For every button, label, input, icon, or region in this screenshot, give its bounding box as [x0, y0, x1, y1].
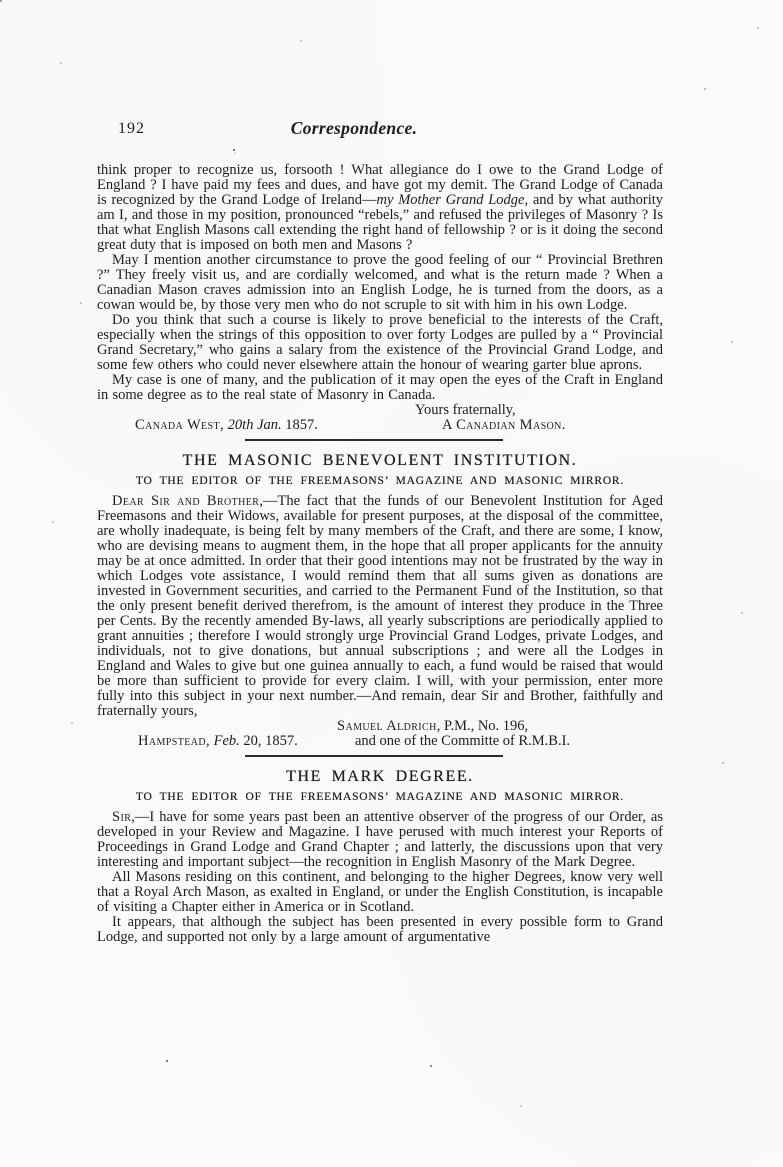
- letter-dateline: Canada West, 20th Jan. 1857.: [135, 418, 318, 433]
- dateline-year: 1857.: [285, 417, 318, 433]
- signature-line2: and one of the Committe of R.M.B.I.: [355, 734, 570, 749]
- salute-name: Sir: [112, 809, 131, 825]
- section-heading: THE MASONIC BENEVOLENT INSTITUTION.: [97, 452, 663, 469]
- letter-signature-row: Canada West, 20th Jan. 1857. A Canadian …: [97, 418, 663, 433]
- letter-signature: A Canadian Mason.: [442, 418, 566, 433]
- paragraph: It appears, that although the subject ha…: [97, 915, 663, 945]
- dateline-date: 20th Jan.: [228, 417, 282, 433]
- paragraph: May I mention another circumstance to pr…: [97, 253, 663, 313]
- section-heading: THE MARK DEGREE.: [97, 768, 663, 785]
- salute-name: Dear Sir and Brother: [112, 493, 259, 509]
- paragraph-text: ,—The fact that the funds of our Benevol…: [97, 493, 663, 719]
- paragraph: Do you think that such a course is likel…: [97, 313, 663, 373]
- letter-canadian-mason: think proper to recognize us, forsooth !…: [97, 163, 663, 433]
- running-title: Correspondence.: [71, 118, 637, 139]
- editor-salutation: TO THE EDITOR OF THE FREEMASONS’ MAGAZIN…: [97, 791, 663, 804]
- dateline-rest: 20, 1857.: [243, 733, 297, 749]
- paragraph-text: ,—I have for some years past been an att…: [97, 809, 663, 870]
- page-content: 192 Correspondence. think proper to reco…: [97, 120, 663, 945]
- paragraph: All Masons residing on this continent, a…: [97, 870, 663, 915]
- dateline-date: Feb.: [214, 733, 240, 749]
- running-head: 192 Correspondence.: [97, 120, 663, 140]
- italic-phrase: my Mother Grand Lodge,: [377, 192, 529, 208]
- letter-dateline: Hampstead, Feb. 20, 1857.: [138, 734, 298, 749]
- letter-signature-row: Samuel Aldrich, P.M., No. 196,: [97, 719, 663, 734]
- section-divider: [245, 755, 503, 757]
- signature-name: Samuel Aldrich: [337, 718, 437, 734]
- letter-signature: Samuel Aldrich, P.M., No. 196,: [337, 719, 528, 734]
- section-divider: [245, 439, 503, 441]
- letter-benevolent-institution: THE MASONIC BENEVOLENT INSTITUTION. TO T…: [97, 452, 663, 749]
- paragraph: think proper to recognize us, forsooth !…: [97, 163, 663, 253]
- paragraph: My case is one of many, and the publicat…: [97, 373, 663, 403]
- letter-closing: Yours fraternally,: [415, 403, 516, 418]
- letter-signature-row: Hampstead, Feb. 20, 1857. and one of the…: [97, 734, 663, 749]
- signature-title: , P.M., No. 196,: [437, 718, 528, 734]
- letter-mark-degree: THE MARK DEGREE. TO THE EDITOR OF THE FR…: [97, 768, 663, 945]
- paragraph: Sir,—I have for some years past been an …: [97, 810, 663, 870]
- dateline-place: Canada West,: [135, 417, 224, 433]
- scanned-page: 192 Correspondence. think proper to reco…: [0, 0, 783, 1167]
- letter-closing-row: Yours fraternally,: [97, 403, 663, 418]
- scan-noise: [0, 0, 2, 2]
- paragraph: Dear Sir and Brother,—The fact that the …: [97, 494, 663, 719]
- editor-salutation: TO THE EDITOR OF THE FREEMASONS’ MAGAZIN…: [97, 475, 663, 488]
- dateline-place: Hampstead,: [138, 733, 210, 749]
